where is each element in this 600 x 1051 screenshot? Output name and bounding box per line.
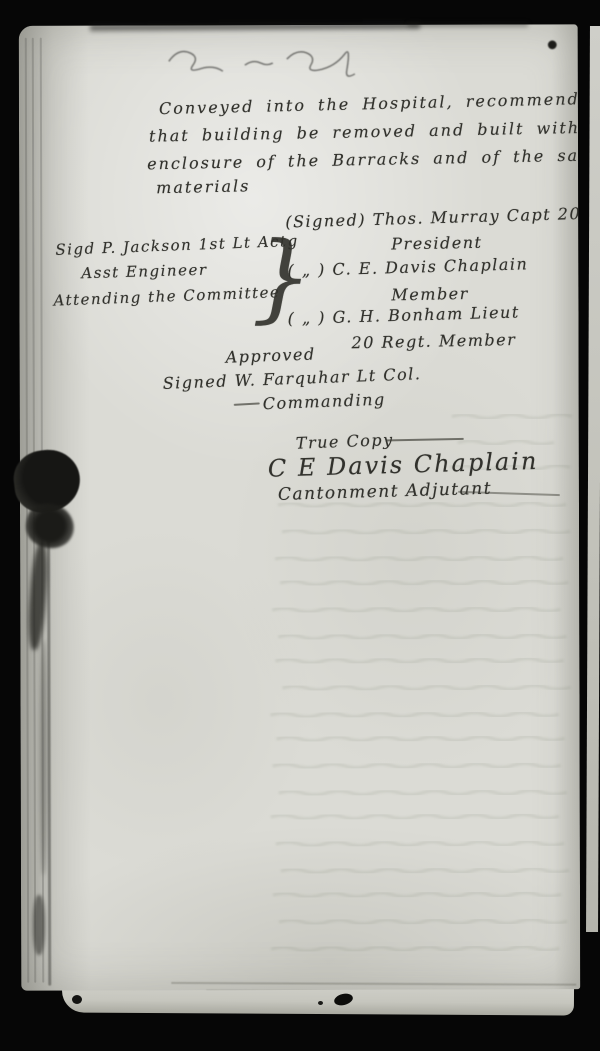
body-line: Conveyed into the Hospital, recommend th xyxy=(159,89,580,117)
page-edge-line xyxy=(25,38,29,983)
approval-line: Approved xyxy=(225,345,316,366)
certification-line: True Copy xyxy=(296,431,394,452)
approval-line: Signed W. Farquhar Lt Col. xyxy=(162,365,421,392)
manuscript-page: Conveyed into the Hospital, recommend th… xyxy=(19,24,581,990)
body-line: that building be removed and built withi… xyxy=(149,118,580,145)
body-line: enclosure of the Barracks and of the sam… xyxy=(147,146,580,173)
ink-spot xyxy=(548,40,557,49)
pen-flourish xyxy=(234,402,260,405)
adjacent-page-edge-right xyxy=(586,26,600,932)
signature-name: ( „ ) C. E. Davis Chaplain xyxy=(287,255,528,280)
ink-spot xyxy=(72,995,82,1004)
body-line: materials xyxy=(156,177,251,196)
signature-name: (Signed) Thos. Murray Capt 20.Reg xyxy=(285,204,580,231)
signature-role: 20 Regt. Member xyxy=(351,331,516,352)
signature-name: ( „ ) G. H. Bonham Lieut xyxy=(287,303,520,327)
attestation-line: Asst Engineer xyxy=(81,262,208,282)
pen-flourish xyxy=(386,438,464,442)
top-edge-shadow xyxy=(408,22,528,27)
approval-line: Commanding xyxy=(262,391,386,413)
scanned-document: Conveyed into the Hospital, recommend th… xyxy=(0,0,600,1051)
signature-role: Member xyxy=(391,285,469,304)
certification-line: C E Davis Chaplain xyxy=(268,448,539,482)
ink-spot xyxy=(318,1001,323,1005)
binding-streak xyxy=(33,895,45,955)
page-edge-line xyxy=(47,496,51,986)
binding-streak xyxy=(40,640,47,875)
signature-role: President xyxy=(391,234,482,253)
attestation-line: Attending the Committee xyxy=(53,284,280,309)
page-bottom-crease xyxy=(171,982,576,986)
